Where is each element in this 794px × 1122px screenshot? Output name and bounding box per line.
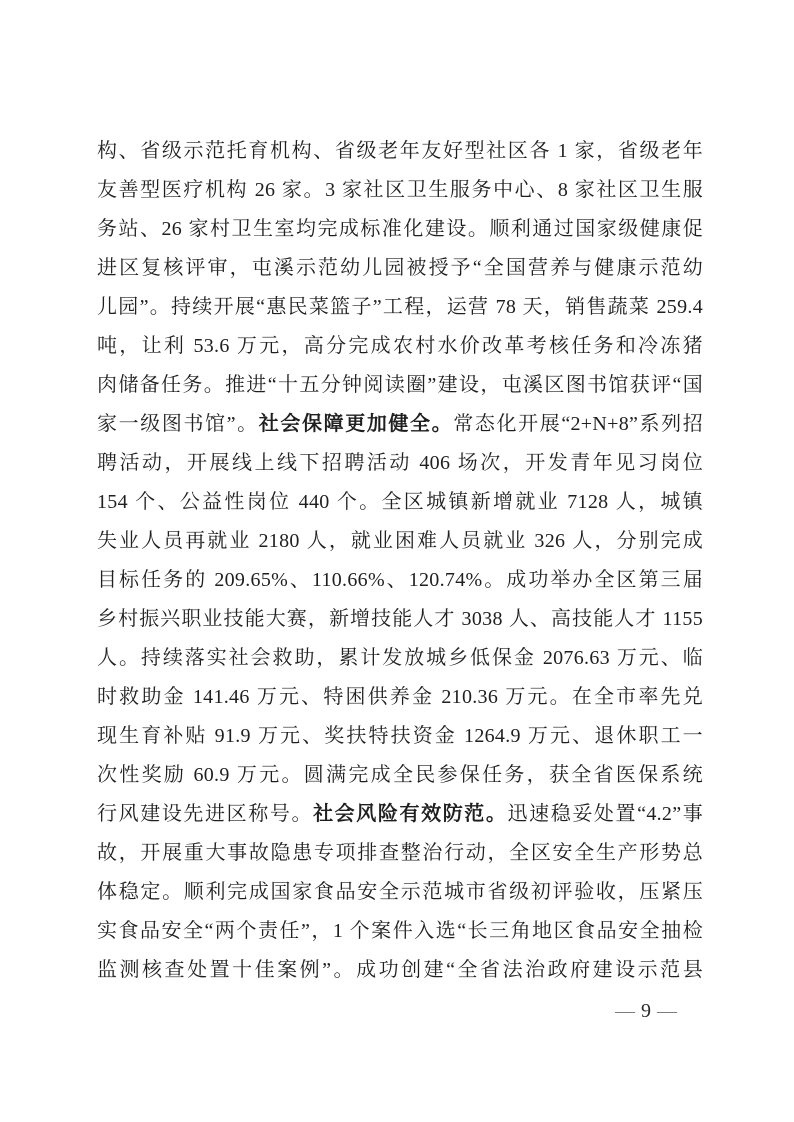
page-footer: —9— [97,998,703,1024]
text-run: 家一级图书馆”。 [97,413,259,435]
document-body: 构、省级示范托育机构、省级老年友好型社区各 1 家，省级老年 友善型医疗机构 2… [97,132,703,990]
text-line: 人。持续落实社会救助，累计发放城乡低保金 2076.63 万元、临 [97,639,703,678]
page-number-dash-left: — [615,1000,635,1022]
text-line: 监测核查处置十佳案例”。成功创建“全省法治政府建设示范县 [97,951,703,990]
text-line: 实食品安全“两个责任”，1 个案件入选“长三角地区食品安全抽检 [97,912,703,951]
text-run: 行风建设先进区称号。 [97,803,313,825]
text-line: 务站、26 家村卫生室均完成标准化建设。顺利通过国家级健康促 [97,210,703,249]
text-line: 时救助金 141.46 万元、特困供养金 210.36 万元。在全市率先兑 [97,678,703,717]
text-line: 吨，让利 53.6 万元，高分完成农村水价改革考核任务和冷冻猪 [97,327,703,366]
text-line: 现生育补贴 91.9 万元、奖扶特扶资金 1264.9 万元、退休职工一 [97,717,703,756]
text-run: 常态化开展“2+N+8”系列招 [453,413,703,435]
text-line: 构、省级示范托育机构、省级老年友好型社区各 1 家，省级老年 [97,132,703,171]
text-run: 迅速稳妥处置“4.2”事 [508,803,704,825]
text-line: 友善型医疗机构 26 家。3 家社区卫生服务中心、8 家社区卫生服 [97,171,703,210]
text-line: 聘活动，开展线上线下招聘活动 406 场次，开发青年见习岗位 [97,444,703,483]
page-number-dash-right: — [657,1000,677,1022]
bold-heading-social-security: 社会保障更加健全。 [259,413,454,435]
text-line: 失业人员再就业 2180 人，就业困难人员就业 326 人，分别完成 [97,522,703,561]
text-line: 肉储备任务。推进“十五分钟阅读圈”建设，屯溪区图书馆获评“国 [97,366,703,405]
text-line: 目标任务的 209.65%、110.66%、120.74%。成功举办全区第三届 [97,561,703,600]
text-line: 体稳定。顺利完成国家食品安全示范城市省级初评验收，压紧压 [97,873,703,912]
text-line: 154 个、公益性岗位 440 个。全区城镇新增就业 7128 人，城镇 [97,483,703,522]
text-line: 次性奖励 60.9 万元。圆满完成全民参保任务，获全省医保系统 [97,756,703,795]
text-line: 行风建设先进区称号。社会风险有效防范。迅速稳妥处置“4.2”事 [97,795,703,834]
text-line: 故，开展重大事故隐患专项排查整治行动，全区安全生产形势总 [97,834,703,873]
text-line: 家一级图书馆”。社会保障更加健全。常态化开展“2+N+8”系列招 [97,405,703,444]
text-line: 进区复核评审，屯溪示范幼儿园被授予“全国营养与健康示范幼 [97,249,703,288]
text-line: 儿园”。持续开展“惠民菜篮子”工程，运营 78 天，销售蔬菜 259.4 [97,288,703,327]
bold-heading-social-risk: 社会风险有效防范。 [313,803,507,825]
page-number: —9— [615,1000,703,1022]
text-line: 乡村振兴职业技能大赛，新增技能人才 3038 人、高技能人才 1155 [97,600,703,639]
page-number-value: 9 [635,1000,657,1022]
